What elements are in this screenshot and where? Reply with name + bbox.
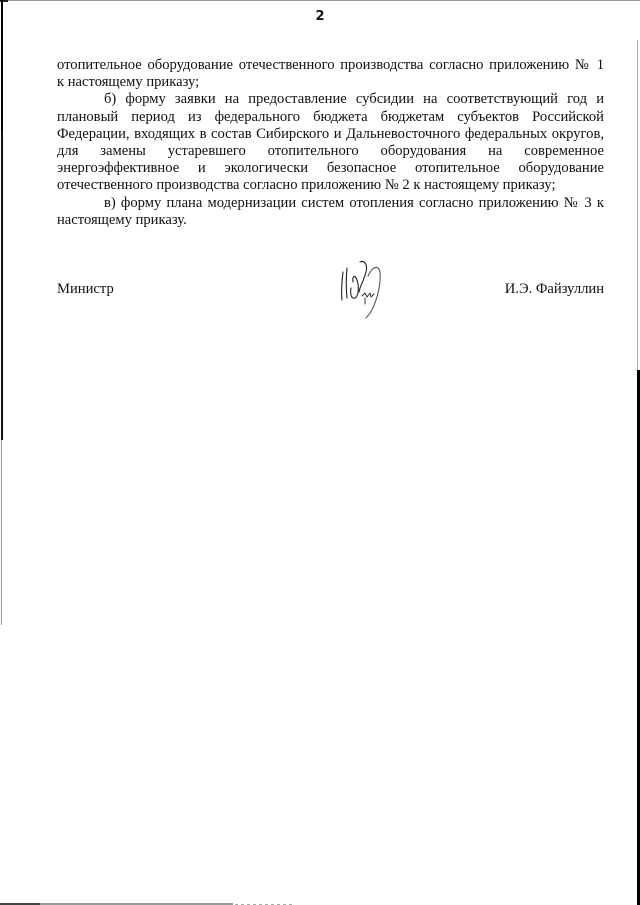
- scan-edge-top: [0, 0, 640, 1]
- paragraph-item-b: б) форму заявки на предоставление субсид…: [57, 91, 604, 194]
- signature-block: Министр И.Э. Файзуллин: [57, 281, 604, 301]
- page-number: 2: [0, 9, 640, 24]
- document-body: отопительное оборудование отечественного…: [57, 57, 604, 229]
- handwritten-signature-icon: [338, 258, 402, 320]
- scan-edge-right-faint: [637, 40, 638, 370]
- scan-edge-left-lower: [1, 130, 3, 440]
- paragraph-continuation-line2: к настоящему приказу;: [57, 74, 604, 91]
- paragraph-item-v: в) форму плана модернизации систем отопл…: [57, 195, 604, 229]
- paragraph-continuation-line1: отопительное оборудование отечественного…: [57, 57, 604, 74]
- signer-title: Министр: [57, 281, 114, 298]
- signer-name: И.Э. Файзуллин: [505, 281, 604, 298]
- scan-edge-left-faint: [1, 440, 2, 625]
